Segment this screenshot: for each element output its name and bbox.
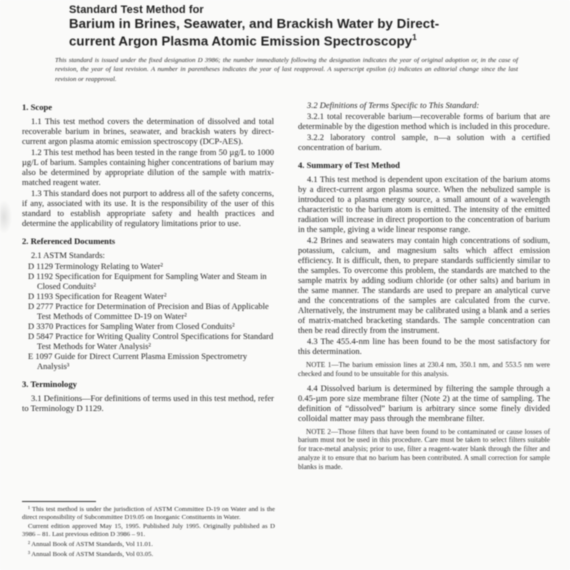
- reference-item: D 1193 Specification for Reagent Water²: [22, 291, 274, 301]
- footnote: Current edition approved May 15, 1995. P…: [22, 523, 275, 538]
- footnote: ¹ This test method is under the jurisdic…: [22, 506, 275, 521]
- body-paragraph: 1.3 This standard does not purport to ad…: [22, 188, 274, 228]
- section-heading-summary: 4. Summary of Test Method: [298, 160, 550, 170]
- document-title-block: Standard Test Method for Barium in Brine…: [69, 3, 540, 49]
- reference-item: E 1097 Guide for Direct Current Plasma E…: [22, 351, 274, 371]
- body-paragraph: 4.1 This test method is dependent upon e…: [298, 174, 550, 234]
- footnote-block: ¹ This test method is under the jurisdic…: [22, 501, 275, 560]
- note-paragraph: NOTE 2—Those filters that have been foun…: [298, 428, 550, 472]
- page-title-line3-text: current Argon Plasma Atomic Emission Spe…: [69, 34, 412, 49]
- two-column-body: 1. Scope1.1 This test method covers the …: [22, 100, 550, 476]
- page-title-line2: Barium in Brines, Seawater, and Brackish…: [69, 17, 540, 31]
- body-paragraph: 3.2.2 laboratory control sample, n—a sol…: [298, 132, 550, 152]
- body-paragraph: 4.4 Dissolved barium is determined by fi…: [298, 383, 550, 423]
- footnote-list: ¹ This test method is under the jurisdic…: [22, 506, 275, 558]
- scanned-standard-page: Standard Test Method for Barium in Brine…: [0, 0, 570, 570]
- footnote: ³ Annual Book of ASTM Standards, Vol 03.…: [22, 551, 275, 559]
- body-paragraph: 1.2 This test method has been tested in …: [22, 147, 274, 187]
- title-footnote-marker: 1: [412, 33, 417, 42]
- section-heading-scope: 1. Scope: [22, 102, 274, 112]
- scan-artifact: [0, 200, 12, 234]
- reference-item: D 1192 Specification for Equipment for S…: [22, 271, 274, 291]
- body-paragraph: 4.3 The 455.4-nm line has been found to …: [298, 336, 550, 356]
- left-column: 1. Scope1.1 This test method covers the …: [22, 100, 274, 476]
- page-title-prefix: Standard Test Method for: [69, 3, 540, 17]
- body-paragraph: 4.2 Brines and seawaters may contain hig…: [298, 235, 550, 335]
- reference-item: D 3370 Practices for Sampling Water from…: [22, 321, 274, 331]
- note-paragraph: NOTE 1—The barium emission lines at 230.…: [298, 361, 550, 379]
- body-paragraph: 3.1 Definitions—For definitions of terms…: [22, 393, 274, 413]
- right-column: 3.2 Definitions of Terms Specific to Thi…: [298, 100, 550, 476]
- subsection-heading-definitions-specific: 3.2 Definitions of Terms Specific to Thi…: [298, 100, 550, 110]
- reference-item: D 5847 Practice for Writing Quality Cont…: [22, 331, 274, 351]
- section-heading-terminology: 3. Terminology: [22, 379, 274, 389]
- body-paragraph: 2.1 ASTM Standards:: [22, 250, 274, 260]
- reference-item: D 2777 Practice for Determination of Pre…: [22, 301, 274, 321]
- body-paragraph: 3.2.1 total recoverable barium—recoverab…: [298, 111, 550, 131]
- footnote-separator-rule: [22, 501, 96, 502]
- footnote: ² Annual Book of ASTM Standards, Vol 11.…: [22, 541, 275, 549]
- issuance-note: This standard is issued under the fixed …: [55, 56, 518, 84]
- body-paragraph: 1.1 This test method covers the determin…: [22, 116, 274, 146]
- section-heading-referenced-documents: 2. Referenced Documents: [22, 236, 274, 246]
- reference-item: D 1129 Terminology Relating to Water²: [22, 261, 274, 271]
- page-title-line3: current Argon Plasma Atomic Emission Spe…: [69, 31, 540, 49]
